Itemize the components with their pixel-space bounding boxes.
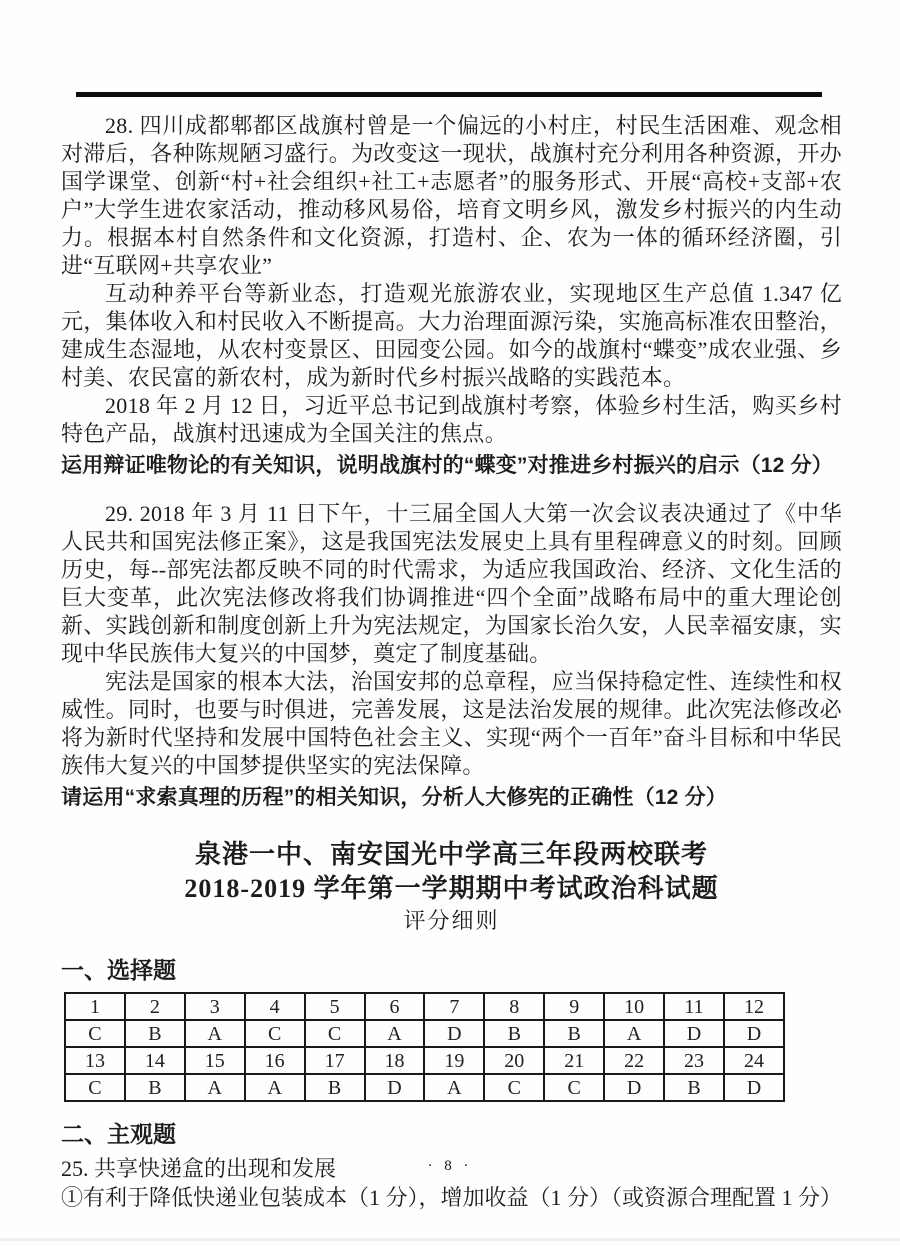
- answer-cell: 8: [484, 993, 544, 1020]
- section-heading-subjective: 二、主观题: [61, 1120, 842, 1148]
- answer-cell: 23: [664, 1047, 724, 1074]
- answer-cell: 21: [544, 1047, 604, 1074]
- page-number: · 8 ·: [0, 1158, 900, 1175]
- answer-cell: C: [544, 1074, 604, 1101]
- answer-cell: 14: [125, 1047, 185, 1074]
- answer-cell: 12: [724, 993, 784, 1020]
- answer-cell: C: [245, 1020, 305, 1047]
- answer-cell: 17: [305, 1047, 365, 1074]
- answer-cell: 10: [604, 993, 664, 1020]
- answer-cell: 13: [65, 1047, 125, 1074]
- answer-cell: C: [484, 1074, 544, 1101]
- answer-table-body: 123456789101112CBACCADBBADD1314151617181…: [65, 993, 784, 1101]
- answer-cell: D: [424, 1020, 484, 1047]
- answer-cell: 18: [365, 1047, 425, 1074]
- answer-cell: 19: [424, 1047, 484, 1074]
- answer-cell: B: [125, 1074, 185, 1101]
- question-29-prompt: 请运用“求索真理的历程”的相关知识，分析人大修宪的正确性（12 分）: [61, 784, 842, 812]
- answer-table-row: CBAABDACCDBD: [65, 1074, 784, 1101]
- header-rule: [76, 92, 822, 97]
- question-28-paragraph-1: 28. 四川成都郫都区战旗村曾是一个偏远的小村庄，村民生活困难、观念相对滞后，各…: [61, 112, 842, 280]
- answer-cell: B: [484, 1020, 544, 1047]
- answer-cell: D: [604, 1074, 664, 1101]
- answer-cell: 7: [424, 993, 484, 1020]
- answer-25-point-1: ①有利于降低快递业包装成本（1 分），增加收益（1 分）（或资源合理配置 1 分…: [61, 1183, 842, 1213]
- school-title: 泉港一中、南安国光中学高三年段两校联考: [61, 838, 842, 872]
- footer-rule: [0, 1238, 900, 1241]
- answer-cell: A: [604, 1020, 664, 1047]
- answer-cell: 9: [544, 993, 604, 1020]
- question-29: 29. 2018 年 3 月 11 日下午，十三届全国人大第一次会议表决通过了《…: [61, 500, 842, 812]
- page-content: 28. 四川成都郫都区战旗村曾是一个偏远的小村庄，村民生活困难、观念相对滞后，各…: [61, 112, 842, 1213]
- question-29-paragraph-2: 宪法是国家的根本大法，治国安邦的总章程，应当保持稳定性、连续性和权威性。同时，也…: [61, 668, 842, 780]
- answer-cell: B: [125, 1020, 185, 1047]
- answer-cell: B: [544, 1020, 604, 1047]
- grading-rules-subtitle: 评分细则: [61, 906, 842, 936]
- answer-cell: 4: [245, 993, 305, 1020]
- answer-cell: 2: [125, 993, 185, 1020]
- answer-cell: 3: [185, 993, 245, 1020]
- answer-cell: D: [724, 1074, 784, 1101]
- answer-cell: C: [65, 1020, 125, 1047]
- answer-table-row: 131415161718192021222324: [65, 1047, 784, 1074]
- question-28-paragraph-3: 2018 年 2 月 12 日，习近平总书记到战旗村考察，体验乡村生活，购买乡村…: [61, 392, 842, 448]
- question-28-paragraph-2: 互动种养平台等新业态，打造观光旅游农业，实现地区生产总值 1.347 亿元，集体…: [61, 280, 842, 392]
- question-28: 28. 四川成都郫都区战旗村曾是一个偏远的小村庄，村民生活困难、观念相对滞后，各…: [61, 112, 842, 480]
- answer-cell: 6: [365, 993, 425, 1020]
- answer-cell: A: [365, 1020, 425, 1047]
- answer-cell: B: [664, 1074, 724, 1101]
- answer-cell: D: [365, 1074, 425, 1101]
- answer-cell: 11: [664, 993, 724, 1020]
- answer-cell: D: [724, 1020, 784, 1047]
- exam-title: 2018-2019 学年第一学期期中考试政治科试题: [61, 872, 842, 906]
- answer-table: 123456789101112CBACCADBBADD1314151617181…: [64, 992, 785, 1102]
- answer-cell: 24: [724, 1047, 784, 1074]
- answer-cell: A: [185, 1074, 245, 1101]
- answer-table-row: CBACCADBBADD: [65, 1020, 784, 1047]
- answer-cell: 20: [484, 1047, 544, 1074]
- scanned-exam-page: 28. 四川成都郫都区战旗村曾是一个偏远的小村庄，村民生活困难、观念相对滞后，各…: [0, 0, 900, 1246]
- answer-cell: 1: [65, 993, 125, 1020]
- question-28-prompt: 运用辩证唯物论的有关知识，说明战旗村的“蝶变”对推进乡村振兴的启示（12 分）: [61, 452, 842, 480]
- section-heading-choice: 一、选择题: [61, 956, 842, 984]
- answer-cell: 5: [305, 993, 365, 1020]
- answer-cell: D: [664, 1020, 724, 1047]
- question-29-paragraph-1: 29. 2018 年 3 月 11 日下午，十三届全国人大第一次会议表决通过了《…: [61, 500, 842, 668]
- answer-cell: B: [305, 1074, 365, 1101]
- answer-cell: C: [305, 1020, 365, 1047]
- answer-cell: 16: [245, 1047, 305, 1074]
- answer-cell: C: [65, 1074, 125, 1101]
- answer-cell: 22: [604, 1047, 664, 1074]
- answer-cell: A: [424, 1074, 484, 1101]
- answer-key-titles: 泉港一中、南安国光中学高三年段两校联考 2018-2019 学年第一学期期中考试…: [61, 838, 842, 936]
- answer-cell: 15: [185, 1047, 245, 1074]
- answer-cell: A: [185, 1020, 245, 1047]
- answer-cell: A: [245, 1074, 305, 1101]
- answer-table-row: 123456789101112: [65, 993, 784, 1020]
